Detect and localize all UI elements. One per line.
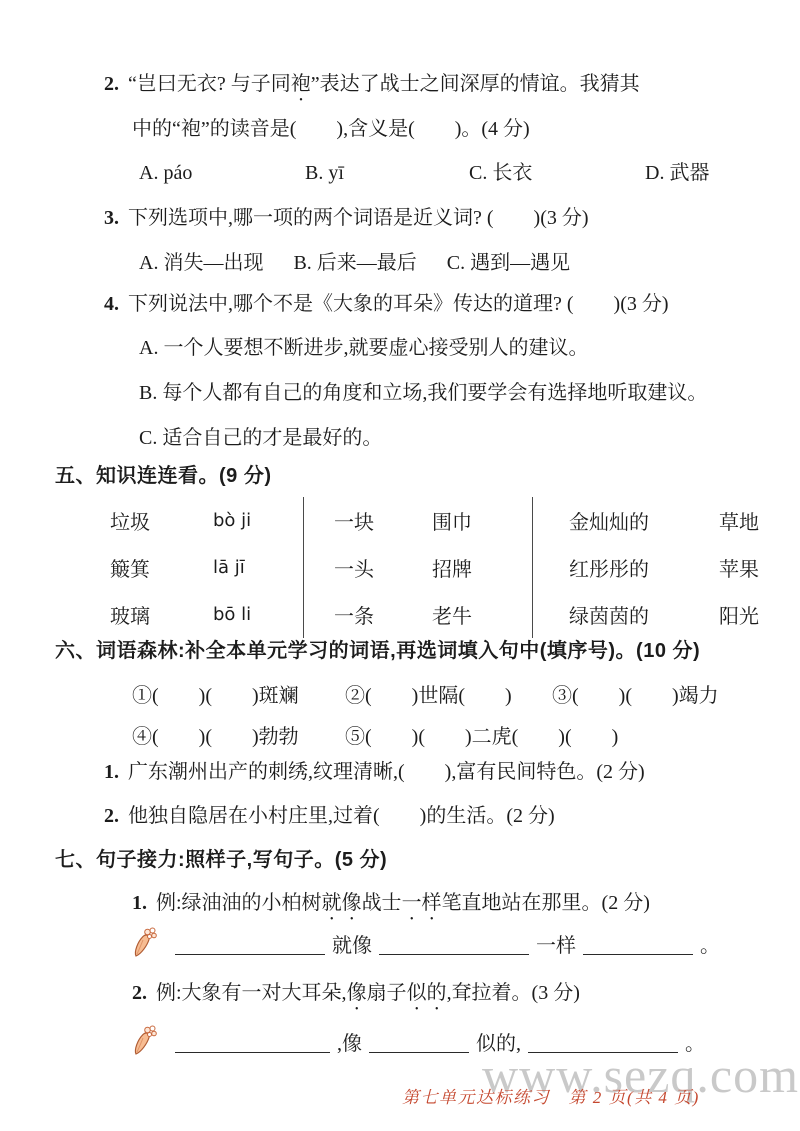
question-4-option-b: B. 每个人都有自己的角度和立场,我们要学会有选择地听取建议。 bbox=[139, 381, 707, 405]
section-7-title: 七、句子接力:照样子,写句子。(5 分) bbox=[55, 848, 387, 872]
word-blank-5: ⑤( )( )二虎( )( ) bbox=[345, 717, 762, 758]
question-2-line-2: 中的“袍”的读音是( ),含义是( )。(4 分) bbox=[132, 117, 530, 141]
option-b: B. 后来—最后 bbox=[293, 252, 416, 274]
example-sentence-2: 2.例:大象有一对大耳朵,像扇子似的,耷拉着。(3 分) bbox=[132, 981, 580, 1015]
word-blank-2: ②( )世隔( ) bbox=[345, 676, 552, 717]
option-c: C. 遇到—遇见 bbox=[447, 252, 570, 274]
answer-blank[interactable] bbox=[175, 1032, 330, 1053]
question-4-line-1: 4.下列说法中,哪个不是《大象的耳朵》传达的道理? ( )(3 分) bbox=[104, 292, 669, 316]
match-row: 绿茵茵的 阳光 bbox=[569, 591, 759, 638]
question-text: ”表达了战士之间深厚的情谊。我猜其 bbox=[311, 73, 640, 95]
match-row: 一块 围巾 bbox=[334, 497, 532, 544]
emphasized-char: 袍 bbox=[291, 73, 311, 95]
option-d: D. 武器 bbox=[645, 161, 709, 185]
question-text: “岂曰无衣? 与子同 bbox=[128, 73, 291, 95]
question-number: 2. bbox=[104, 73, 119, 95]
matching-table: 垃圾 bò ji 簸箕 lā jī 玻璃 bō li 一块 围巾 一头 招牌 一 bbox=[110, 497, 759, 638]
option-b: B. yī bbox=[305, 161, 469, 185]
answer-blank[interactable] bbox=[175, 934, 325, 955]
question-number: 4. bbox=[104, 293, 119, 315]
matching-group-words: 垃圾 bò ji 簸箕 lā jī 玻璃 bō li bbox=[110, 497, 303, 638]
matching-group-measure-words: 一块 围巾 一头 招牌 一条 老牛 bbox=[303, 497, 532, 638]
question-text: 中的“袍”的读音是( ),含义是( )。(4 分) bbox=[132, 118, 530, 140]
option-a: A. 消失—出现 bbox=[139, 252, 263, 274]
option-c: C. 长衣 bbox=[469, 161, 645, 185]
example-sentence-1: 1.例:绿油油的小柏树就像战士一样笔直地站在那里。(2 分) bbox=[132, 891, 650, 925]
answer-blank[interactable] bbox=[379, 934, 529, 955]
question-text: 下列选项中,哪一项的两个词语是近义词? ( )(3 分) bbox=[128, 207, 589, 229]
worksheet-page: 2.“岂曰无衣? 与子同袍”表达了战士之间深厚的情谊。我猜其 中的“袍”的读音是… bbox=[0, 0, 800, 1131]
carrot-icon bbox=[132, 926, 158, 966]
match-row: 金灿灿的 草地 bbox=[569, 497, 759, 544]
question-2-options: A. páoB. yīC. 长衣D. 武器 bbox=[139, 161, 709, 185]
word-blank-1: ①( )( )斑斓 bbox=[132, 676, 345, 717]
section-6-sentence-1: 1.广东潮州出产的刺绣,纹理清晰,( ),富有民间特色。(2 分) bbox=[104, 760, 645, 784]
question-3-line-1: 3.下列选项中,哪一项的两个词语是近义词? ( )(3 分) bbox=[104, 206, 589, 230]
word-blank-4: ④( )( )勃勃 bbox=[132, 717, 345, 758]
match-row: 一头 招牌 bbox=[334, 544, 532, 591]
carrot-icon bbox=[132, 1024, 158, 1064]
match-row: 一条 老牛 bbox=[334, 591, 532, 638]
match-row: 簸箕 lā jī bbox=[110, 544, 303, 591]
question-text: 下列说法中,哪个不是《大象的耳朵》传达的道理? ( )(3 分) bbox=[128, 293, 669, 315]
answer-blank[interactable] bbox=[369, 1032, 469, 1053]
section-6-title: 六、词语森林:补全本单元学习的词语,再选词填入句中(填序号)。(10 分) bbox=[55, 639, 700, 663]
question-2-line-1: 2.“岂曰无衣? 与子同袍”表达了战士之间深厚的情谊。我猜其 bbox=[104, 72, 640, 106]
match-row: 玻璃 bō li bbox=[110, 591, 303, 638]
question-number: 3. bbox=[104, 207, 119, 229]
question-3-options: A. 消失—出现B. 后来—最后C. 遇到—遇见 bbox=[139, 251, 570, 275]
matching-group-adjectives: 金灿灿的 草地 红彤彤的 苹果 绿茵茵的 阳光 bbox=[532, 497, 759, 638]
match-row: 红彤彤的 苹果 bbox=[569, 544, 759, 591]
word-blank-3: ③( )( )竭力 bbox=[552, 676, 762, 717]
page-footer: 第七单元达标练习 第 2 页(共 4 页) bbox=[402, 1083, 700, 1108]
answer-blank[interactable] bbox=[583, 934, 693, 955]
option-a: A. páo bbox=[139, 161, 305, 185]
match-row: 垃圾 bò ji bbox=[110, 497, 303, 544]
section-5-title: 五、知识连连看。(9 分) bbox=[55, 464, 272, 488]
section-6-sentence-2: 2.他独自隐居在小村庄里,过着( )的生活。(2 分) bbox=[104, 804, 555, 828]
word-fill-grid: ①( )( )斑斓 ②( )世隔( ) ③( )( )竭力 ④( )( )勃勃 … bbox=[132, 676, 762, 758]
question-4-option-c: C. 适合自己的才是最好的。 bbox=[139, 426, 382, 450]
question-4-option-a: A. 一个人要想不断进步,就要虚心接受别人的建议。 bbox=[139, 336, 588, 360]
answer-line-1: 就像一样。 bbox=[132, 926, 720, 966]
